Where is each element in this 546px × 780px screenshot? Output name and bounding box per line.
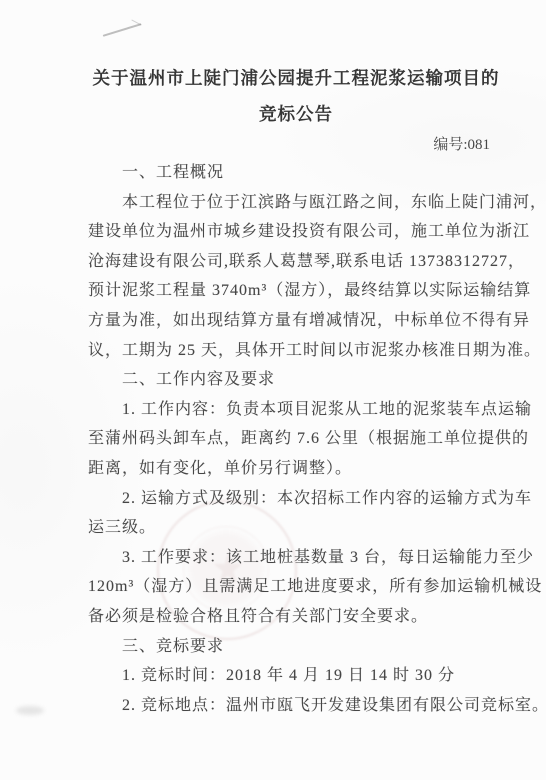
text-line: 方量为准，如出现结算方量有增减情况，中标单位不得有异: [88, 306, 504, 336]
text-line: 运三级。: [88, 513, 504, 543]
scan-smudge-artifact: [16, 706, 44, 715]
text-line: 120m³（湿方）且需满足工地进度要求，所有参加运输机械设: [88, 572, 504, 602]
text-line: 距离，如有变化，单价另行调整）。: [88, 454, 504, 484]
text-line: 至蒲州码头卸车点，距离约 7.6 公里（根据施工单位提供的: [88, 424, 504, 454]
section-heading: 二、工作内容及要求: [88, 365, 504, 395]
text-line: 3. 工作要求：该工地桩基数量 3 台，每日运输能力至少: [88, 543, 504, 573]
document-title-line-1: 关于温州市上陡门浦公园提升工程泥浆运输项目的: [88, 60, 504, 96]
text-line: 备必须是检验合格且符合有关部门安全要求。: [88, 602, 504, 632]
text-line: 2. 运输方式及级别：本次招标工作内容的运输方式为车: [88, 484, 504, 514]
text-line: 2. 竞标地点：温州市瓯飞开发建设集团有限公司竞标室。: [88, 691, 504, 721]
text-line: 1. 工作内容：负责本项目泥浆从工地的泥浆装车点运输: [88, 395, 504, 425]
document-body: 一、工程概况 本工程位于位于江滨路与瓯江路之间，东临上陡门浦河， 建设单位为温州…: [88, 158, 504, 720]
document-title-line-2: 竞标公告: [88, 96, 504, 132]
text-line: 本工程位于位于江滨路与瓯江路之间，东临上陡门浦河，: [88, 188, 504, 218]
text-line: 沧海建设有限公司,联系人葛慧琴,联系电话 13738312727，: [88, 247, 504, 277]
document-content: 关于温州市上陡门浦公园提升工程泥浆运输项目的 竞标公告 编号:081 一、工程概…: [88, 60, 504, 720]
text-line: 预计泥浆工程量 3740m³（湿方），最终结算以实际运输结算: [88, 276, 504, 306]
scanned-document-page: 关于温州市上陡门浦公园提升工程泥浆运输项目的 竞标公告 编号:081 一、工程概…: [0, 0, 546, 780]
text-line: 1. 竞标时间：2018 年 4 月 19 日 14 时 30 分: [88, 661, 504, 691]
scan-scratch-artifact: [103, 23, 142, 36]
text-line: 议，工期为 25 天，具体开工时间以市泥浆办核准日期为准。: [88, 336, 504, 366]
text-line: 建设单位为温州市城乡建设投资有限公司，施工单位为浙江: [88, 217, 504, 247]
section-heading: 三、竞标要求: [88, 632, 504, 662]
document-number: 编号:081: [88, 134, 504, 156]
section-heading: 一、工程概况: [88, 158, 504, 188]
